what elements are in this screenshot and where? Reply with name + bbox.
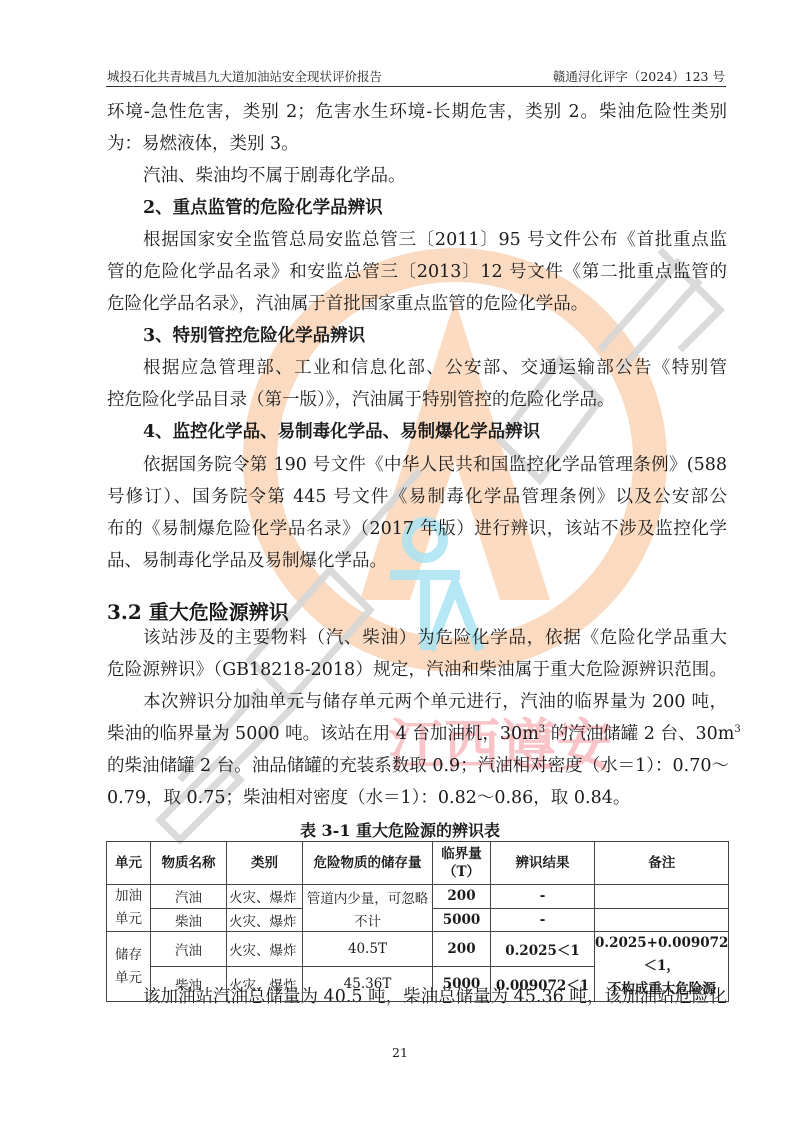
- paragraph-line: 依据国务院令第 190 号文件《中华人民共和国监控化学品管理条例》(588: [143, 455, 727, 475]
- substance-cell: 柴油: [151, 967, 227, 1002]
- table-header-row: 单元 物质名称 类别 危险物质的储存量 临界量（T） 辨识结果 备注: [107, 842, 729, 885]
- category-cell: 火灾、爆炸: [227, 932, 303, 967]
- result-cell: 0.2025＜1: [491, 932, 595, 967]
- col-header-threshold: 临界量（T）: [433, 842, 491, 885]
- paragraph-line: 根据应急管理部、工业和信息化部、公安部、交通运输部公告《特别管: [143, 358, 727, 378]
- paragraph-line: 危险源辨识》（GB18218-2018）规定，汽油和柴油属于重大危险源辨识范围。: [107, 660, 727, 680]
- paragraph-line: 品、易制毒化学品及易制爆化学品。: [107, 551, 727, 571]
- table-row: 柴油 火灾、爆炸 不计 5000 -: [107, 908, 729, 932]
- paragraph-line: 汽油、柴油均不属于剧毒化学品。: [143, 166, 727, 186]
- remark-text: 0.2025+0.009072＜1，: [595, 935, 728, 974]
- category-cell: 火灾、爆炸: [227, 967, 303, 1002]
- header-divider: [106, 86, 726, 87]
- remark-cell: [595, 908, 729, 932]
- unit-cell: 加油单元: [107, 885, 151, 932]
- subheading-special-control: 3、特别管控危险化学品辨识: [143, 326, 727, 346]
- remark-cell: [595, 885, 729, 909]
- col-header-unit: 单元: [107, 842, 151, 885]
- threshold-cell: 5000: [433, 908, 491, 932]
- substance-cell: 汽油: [151, 885, 227, 909]
- result-cell: 0.009072＜1: [491, 967, 595, 1002]
- threshold-label: 临界量: [441, 846, 482, 862]
- category-cell: 火灾、爆炸: [227, 908, 303, 932]
- text-span: 的汽油储罐 2 台、30m: [545, 724, 734, 744]
- col-header-substance: 物质名称: [151, 842, 227, 885]
- page-number: 21: [0, 1045, 800, 1060]
- threshold-cell: 200: [433, 885, 491, 909]
- hazard-identification-table: 单元 物质名称 类别 危险物质的储存量 临界量（T） 辨识结果 备注 加油单元 …: [106, 841, 729, 1002]
- col-header-remark: 备注: [595, 842, 729, 885]
- header-doc-number: 赣通浔化评字（2024）123 号: [553, 67, 725, 85]
- result-cell: -: [491, 885, 595, 909]
- unit-text: 储存: [115, 947, 142, 963]
- col-header-category: 类别: [227, 842, 303, 885]
- col-header-storage: 危险物质的储存量: [303, 842, 433, 885]
- text-span: 柴油的临界量为 5000 吨。该站在用 4 台加油机，30m: [107, 724, 539, 744]
- table-row: 加油单元 汽油 火灾、爆炸 管道内少量，可忽略 200 -: [107, 885, 729, 909]
- result-cell: -: [491, 908, 595, 932]
- paragraph-line: 管的危险化学品名录》和安监总管三〔2013〕12 号文件《第二批重点监管的: [107, 262, 727, 282]
- paragraph-line: 该站涉及的主要物料（汽、柴油）为危险化学品，依据《危险化学品重大: [143, 628, 727, 648]
- remark-text: 不构成重大危险源: [608, 981, 716, 997]
- header-report-title: 城投石化共青城昌九大道加油站安全现状评价报告: [107, 67, 382, 85]
- threshold-cell: 5000: [433, 967, 491, 1002]
- paragraph-line: 0.79，取 0.75；柴油相对密度（水＝1）：0.82～0.86，取 0.84…: [107, 788, 727, 808]
- table-caption: 表 3-1 重大危险源的辨识表: [0, 818, 800, 841]
- storage-cell: 40.5T: [303, 932, 433, 967]
- section-title: 3.2 重大危险源辨识: [107, 596, 289, 625]
- unit-text: 单元: [115, 911, 142, 927]
- paragraph-line: 环境-急性危害，类别 2；危害水生环境-长期危害，类别 2。柴油危险性类别: [107, 102, 727, 122]
- col-header-result: 辨识结果: [491, 842, 595, 885]
- paragraph-line: 柴油的临界量为 5000 吨。该站在用 4 台加油机，30m3 的汽油储罐 2 …: [107, 724, 727, 744]
- subheading-key-supervised: 2、重点监管的危险化学品辨识: [143, 198, 727, 218]
- subheading-monitored-chemicals: 4、监控化学品、易制毒化学品、易制爆化学品辨识: [143, 422, 727, 442]
- unit-cell: 储存单元: [107, 932, 151, 1002]
- threshold-cell: 200: [433, 932, 491, 967]
- document-page: 江西遵安 城投石化共青城昌九大道加油站安全现状评价报告 赣通浔化评字（2024）…: [0, 0, 800, 1131]
- substance-cell: 汽油: [151, 932, 227, 967]
- paragraph-line: 危险化学品名录》，汽油属于首批国家重点监管的危险化学品。: [107, 294, 727, 314]
- paragraph-line: 号修订）、国务院令第 445 号文件《易制毒化学品管理条例》以及公安部公: [107, 487, 727, 507]
- paragraph-line: 根据国家安全监管总局安监总管三〔2011〕95 号文件公布《首批重点监: [143, 230, 727, 250]
- storage-cell: 45.36T: [303, 967, 433, 1002]
- paragraph-line: 的柴油储罐 2 台。油品储罐的充装系数取 0.9；汽油相对密度（水＝1）：0.7…: [107, 756, 727, 776]
- unit-text: 单元: [115, 970, 142, 986]
- substance-cell: 柴油: [151, 908, 227, 932]
- threshold-unit: （T）: [443, 864, 480, 880]
- unit-text: 加油: [115, 888, 142, 904]
- paragraph-line: 布的《易制爆危险化学品名录》（2017 年版）进行辨识，该站不涉及监控化学: [107, 519, 727, 539]
- paragraph-line: 为：易燃液体，类别 3。: [107, 134, 727, 154]
- paragraph-line: 本次辨识分加油单元与储存单元两个单元进行，汽油的临界量为 200 吨，: [143, 692, 727, 712]
- category-cell: 火灾、爆炸: [227, 885, 303, 909]
- paragraph-line: 控危险化学品目录（第一版）》，汽油属于特别管控的危险化学品。: [107, 390, 727, 410]
- superscript: 3: [734, 724, 740, 735]
- storage-cell: 管道内少量，可忽略: [303, 885, 433, 909]
- table-row: 储存单元 汽油 火灾、爆炸 40.5T 200 0.2025＜1 0.2025+…: [107, 932, 729, 967]
- storage-cell: 不计: [303, 908, 433, 932]
- remark-cell: 0.2025+0.009072＜1，不构成重大危险源: [595, 932, 729, 1002]
